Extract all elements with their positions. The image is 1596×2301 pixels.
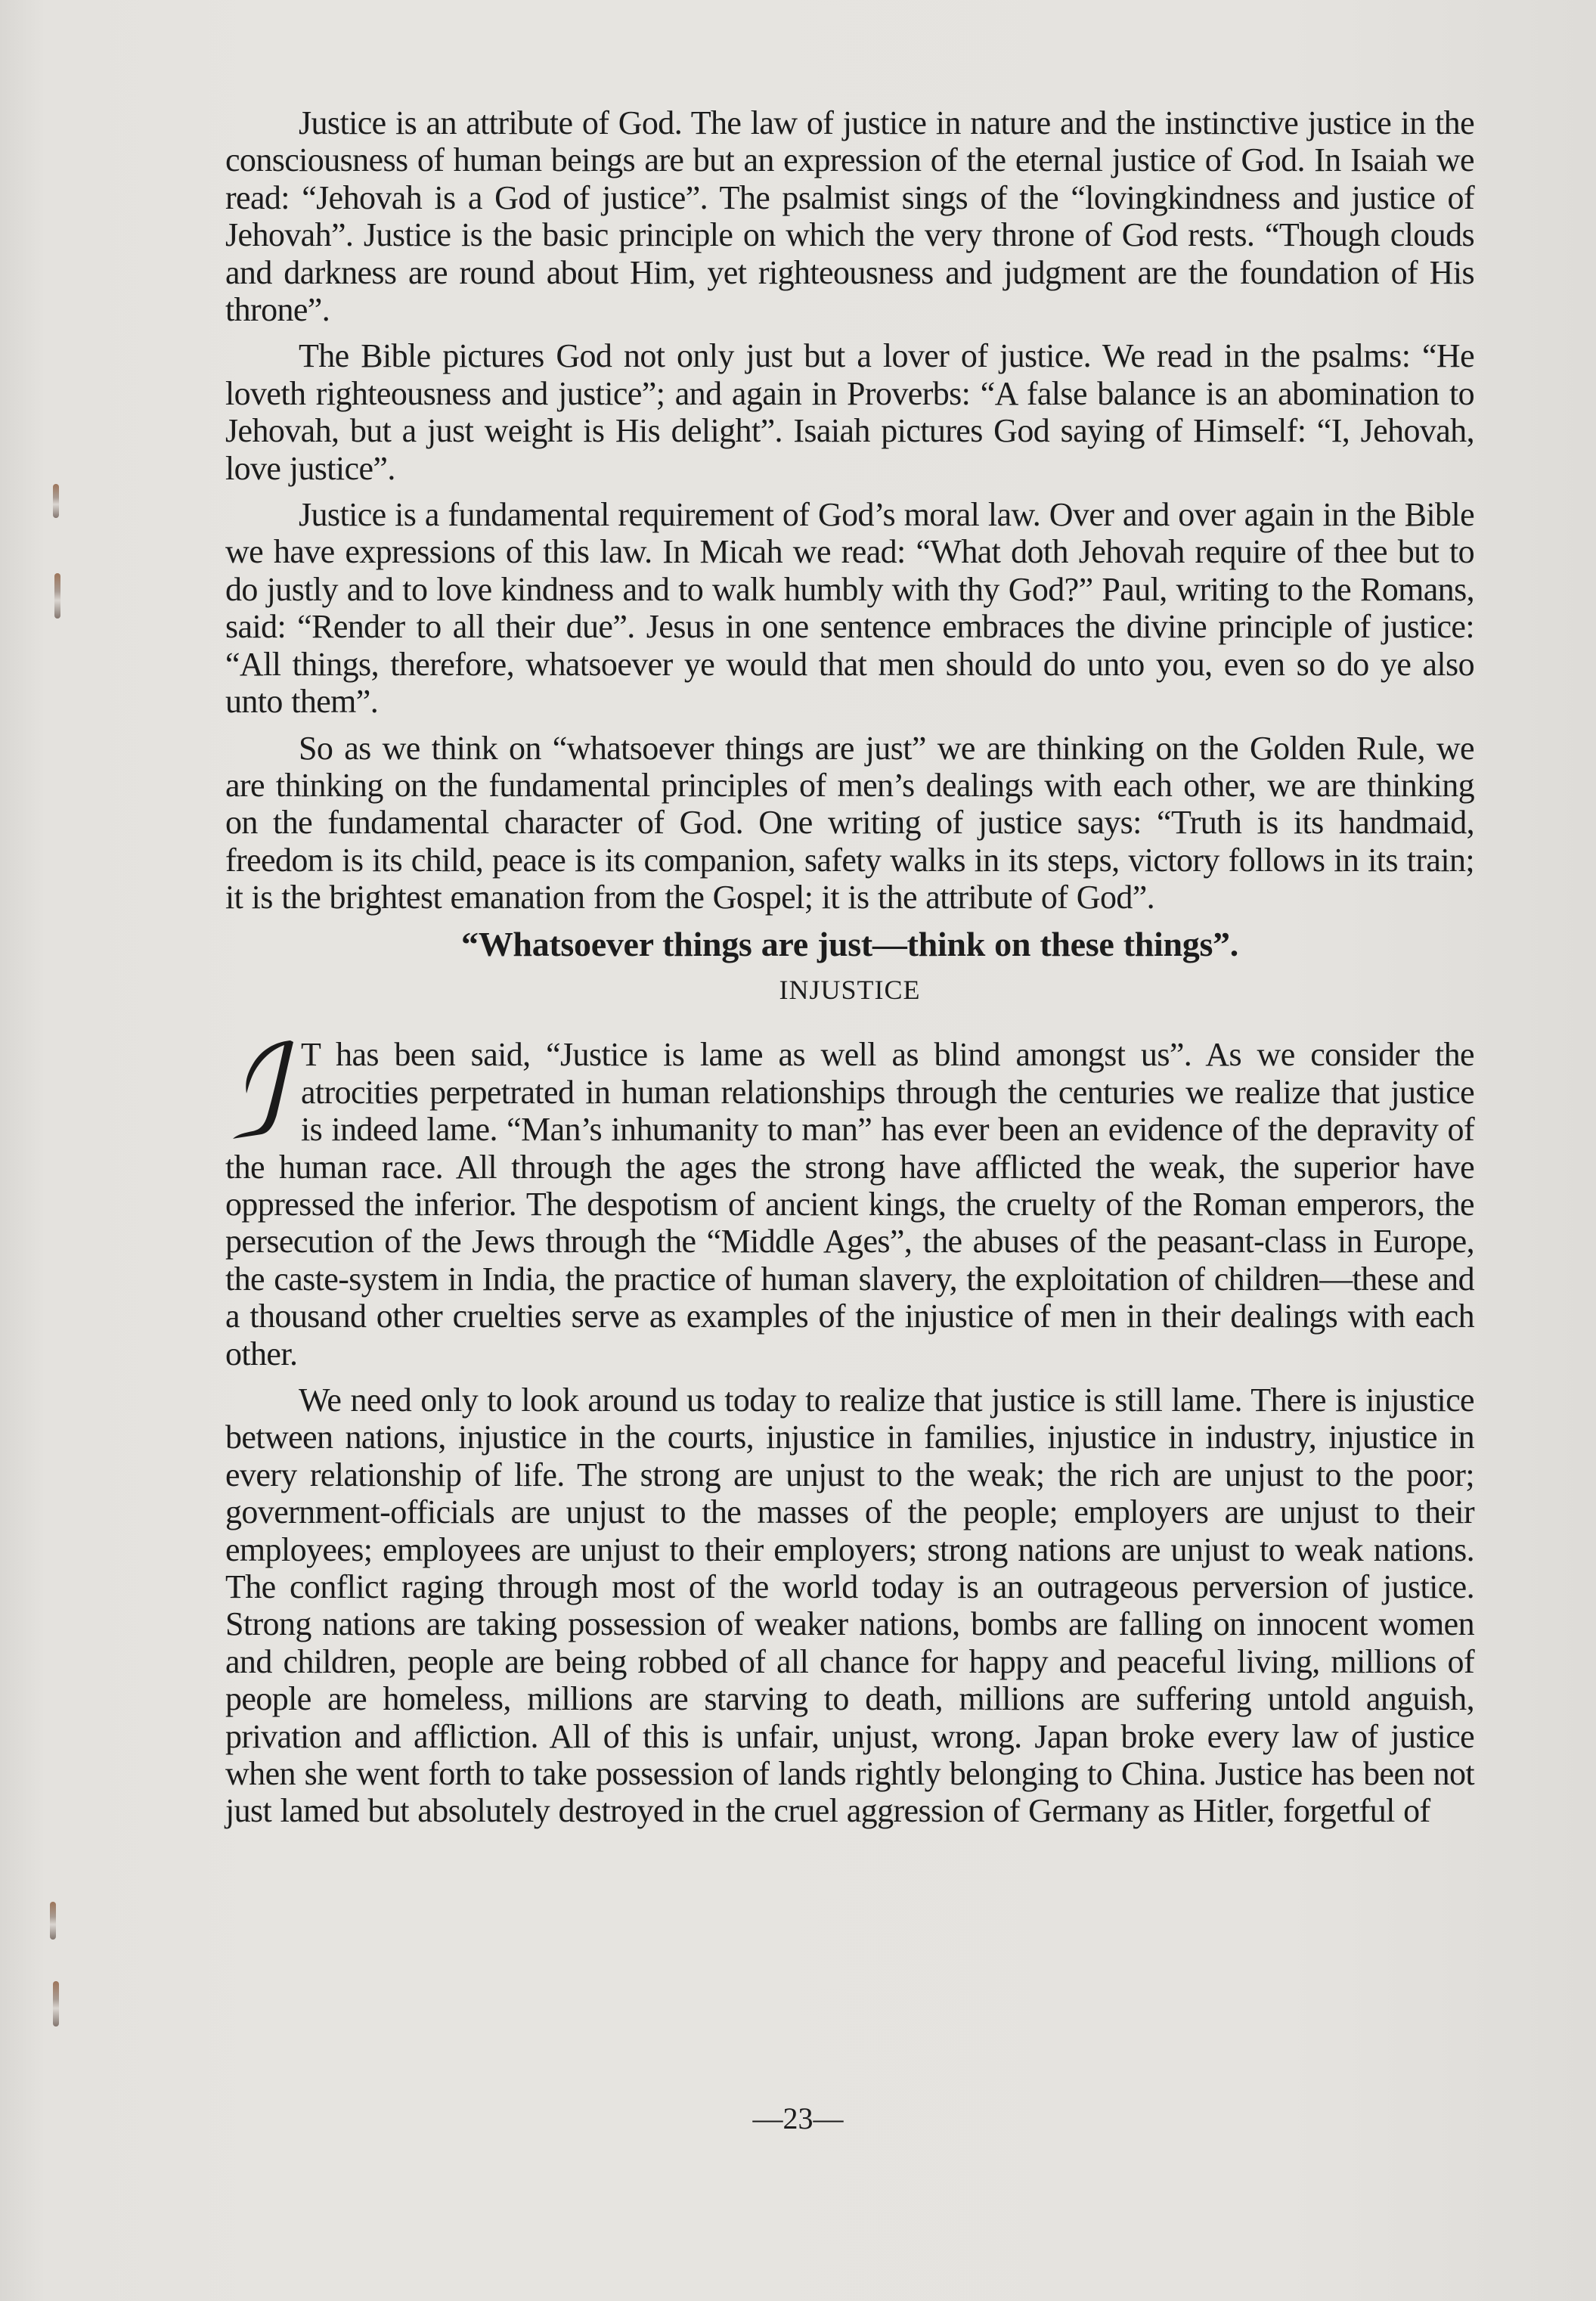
dropcap-glyph-icon: [230, 1036, 296, 1148]
paragraph-injustice-text: T has been said, “Justice is lame as wel…: [225, 1036, 1474, 1372]
callout-quote: “Whatsoever things are just—think on the…: [225, 926, 1474, 963]
paragraph-moral-law: Justice is a fundamental requirement of …: [225, 496, 1474, 720]
staple-hole: [50, 1902, 56, 1940]
paragraph-golden-rule: So as we think on “whatsoever things are…: [225, 730, 1474, 916]
staple-hole: [54, 573, 60, 619]
paragraph-justice-attribute: Justice is an attribute of God. The law …: [225, 104, 1474, 328]
scanned-page: Justice is an attribute of God. The law …: [0, 0, 1596, 2301]
binding-holes: [47, 0, 70, 2301]
dropcap-letter-i: [230, 1036, 296, 1148]
paragraph-injustice-intro: T has been said, “Justice is lame as wel…: [225, 1036, 1474, 1372]
staple-hole: [53, 484, 59, 518]
page-body: Justice is an attribute of God. The law …: [225, 104, 1474, 1839]
staple-hole: [53, 1981, 59, 2027]
paragraph-lover-of-justice: The Bible pictures God not only just but…: [225, 337, 1474, 487]
section-heading: INJUSTICE: [225, 972, 1474, 1009]
paragraph-justice-still-lame: We need only to look around us today to …: [225, 1382, 1474, 1830]
page-number: —23—: [0, 2101, 1596, 2136]
